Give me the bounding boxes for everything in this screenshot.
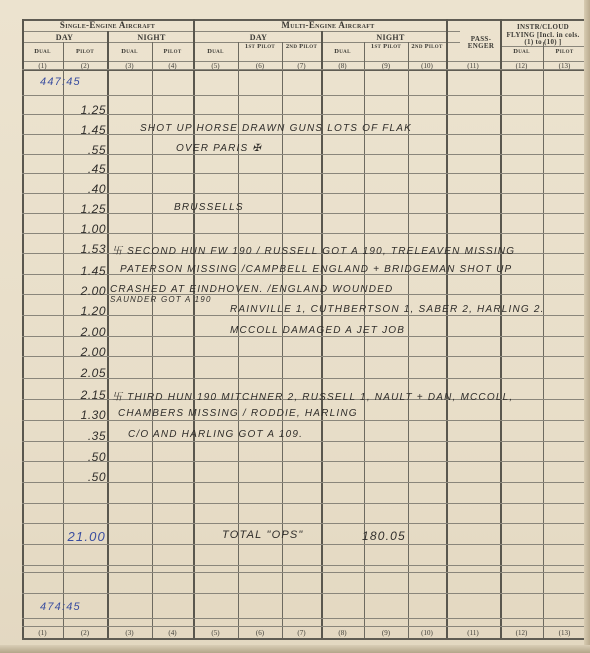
column-label: 1st Pilot [238, 44, 282, 51]
page-edge-bottom [0, 645, 590, 653]
column-label: Dual [107, 49, 152, 56]
column-number: (11) [446, 62, 500, 70]
flight-time: 2.00 [40, 345, 106, 359]
entry-note: McCOLL DAMAGED A JET JOB [230, 325, 405, 336]
total-ops-value: 180.05 [362, 529, 406, 543]
entry-note: OVER PARIS ✠ [176, 143, 262, 154]
total-ops-label: TOTAL "OPS" [222, 529, 304, 541]
entry-note: SAUNDER got a 190 [110, 295, 212, 304]
entry-note: CRASHED AT EINDHOVEN. /ENGLAND WOUNDED [110, 284, 393, 295]
header-single-engine: Single-Engine Aircraft [22, 21, 193, 30]
column-label: 2nd Pilot [282, 44, 321, 51]
entry-note: C/O and HARLING GOT A 109. [128, 429, 303, 440]
entry-note: SHOT UP HORSE DRAWN GUNS LOTS OF FLAK [140, 123, 412, 134]
entry-note: RAINVILLE 1, CUTHBERTSON 1, SABER 2, HAR… [230, 304, 545, 315]
flight-time: 1.25 [40, 202, 106, 216]
page-total: 21.00 [40, 529, 106, 544]
column-number: (12) [500, 62, 543, 70]
column-footer-number: (8) [321, 629, 364, 637]
column-footer-number: (12) [500, 629, 543, 637]
flight-time: .55 [40, 143, 106, 157]
column-label: Pilot [63, 49, 107, 56]
flight-time: .35 [40, 429, 106, 443]
flight-time: 1.53 [40, 242, 106, 256]
column-number: (8) [321, 62, 364, 70]
column-label: Dual [500, 49, 543, 56]
column-number: (9) [364, 62, 408, 70]
flight-time: 1.25 [40, 103, 106, 117]
column-label: 2nd Pilot [408, 44, 446, 51]
column-number: (6) [238, 62, 282, 70]
column-number: (13) [543, 62, 586, 70]
column-label: 1st Pilot [364, 44, 408, 51]
flight-time: 2.00 [40, 284, 106, 298]
column-footer-number: (7) [282, 629, 321, 637]
flight-time: 1.45 [40, 123, 106, 137]
entry-note: PATERSON MISSING /CAMPBELL ENGLAND + BRI… [120, 264, 512, 275]
header-passenger: PASS-ENGER [462, 36, 500, 50]
entry-note: 卐 THIRD HUN 190 MITCHNER 2, RUSSELL 1, N… [112, 388, 513, 403]
flight-time: 1.00 [40, 222, 106, 236]
logbook-page: Single-Engine Aircraft Multi-Engine Airc… [0, 0, 590, 653]
column-label: Dual [193, 49, 238, 56]
column-number: (2) [63, 62, 107, 70]
column-footer-number: (2) [63, 629, 107, 637]
flight-time: .50 [40, 450, 106, 464]
column-footer-number: (9) [364, 629, 408, 637]
column-number: (1) [22, 62, 63, 70]
column-number: (4) [152, 62, 193, 70]
column-number: (7) [282, 62, 321, 70]
flight-time: 1.20 [40, 304, 106, 318]
column-number: (5) [193, 62, 238, 70]
column-footer-number: (10) [408, 629, 446, 637]
flight-time: .50 [40, 470, 106, 484]
column-label: Dual [321, 49, 364, 56]
column-footer-number: (5) [193, 629, 238, 637]
flight-time: 1.45 [40, 264, 106, 278]
column-footer-number: (4) [152, 629, 193, 637]
column-number: (3) [107, 62, 152, 70]
column-footer-number: (13) [543, 629, 586, 637]
flight-time: 2.00 [40, 325, 106, 339]
column-number: (10) [408, 62, 446, 70]
header-me-day: DAY [196, 34, 321, 42]
flight-time: 2.05 [40, 366, 106, 380]
column-footer-number: (6) [238, 629, 282, 637]
column-footer-number: (1) [22, 629, 63, 637]
entry-note: BRUSSELLS [174, 202, 244, 213]
column-label: Pilot [152, 49, 193, 56]
flight-time: 1.30 [40, 408, 106, 422]
flight-time: 2.15 [40, 388, 106, 402]
column-footer-number: (11) [446, 629, 500, 637]
entry-note: 卐 SECOND HUN FW 190 / RUSSELL got a 190,… [112, 242, 515, 257]
header-multi-engine: Multi-Engine Aircraft [196, 21, 460, 30]
header-me-night: NIGHT [322, 34, 459, 42]
column-label: Pilot [543, 49, 586, 56]
header-se-day: DAY [22, 34, 107, 42]
column-label: Dual [22, 49, 63, 56]
entry-note: CHAMBERS MISSING / RODDIE, HARLING [118, 408, 358, 419]
page-edge [584, 0, 590, 653]
carried-forward-total: 474:45 [40, 601, 81, 613]
header-instr-cloud: INSTR/CLOUD FLYING [Incl. in cols. (1) t… [503, 24, 583, 47]
column-footer-number: (3) [107, 629, 152, 637]
brought-forward-total: 447:45 [40, 76, 81, 88]
flight-time: .40 [40, 182, 106, 196]
header-se-night: NIGHT [110, 34, 193, 42]
flight-time: .45 [40, 162, 106, 176]
